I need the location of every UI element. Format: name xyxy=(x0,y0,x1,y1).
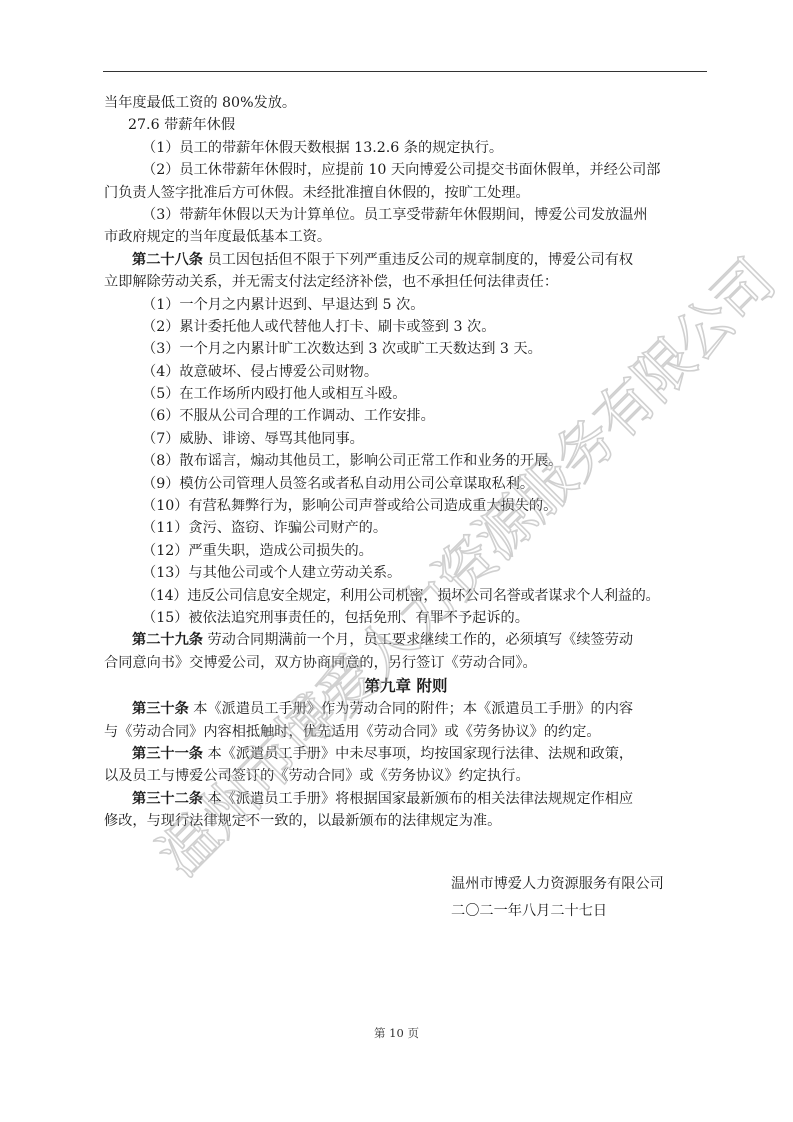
section-item: （3）带薪年休假以天为计算单位。员工享受带薪年休假期间，博爱公司发放温州 xyxy=(104,204,708,226)
list-item: （8）散布谣言，煽动其他员工，影响公司正常工作和业务的开展。 xyxy=(104,450,708,472)
list-item: （7）威胁、诽谤、辱骂其他同事。 xyxy=(104,428,708,450)
article-heading: 第二十八条 xyxy=(132,252,203,268)
list-item: （4）故意破坏、侵占博爱公司财物。 xyxy=(104,361,708,383)
list-item: （6）不服从公司合理的工作调动、工作安排。 xyxy=(104,405,708,427)
article-text: 本《派遣员工手册》将根据国家最新颁布的相关法律法规规定作相应 xyxy=(203,791,633,807)
signature-company: 温州市博爱人力资源服务有限公司 xyxy=(451,872,664,896)
article-text: 本《派遣员工手册》中未尽事项，均按国家现行法律、法规和政策， xyxy=(203,746,633,762)
article-31: 第三十一条 本《派遣员工手册》中未尽事项，均按国家现行法律、法规和政策， xyxy=(104,743,708,765)
list-item: （11）贪污、盗窃、诈骗公司财产的。 xyxy=(104,517,708,539)
list-item: （9）模仿公司管理人员签名或者私自动用公司公章谋取私利。 xyxy=(104,473,708,495)
continued-text: 当年度最低工资的 80%发放。 xyxy=(104,92,708,114)
article-heading: 第三十二条 xyxy=(132,791,203,807)
article-text-cont: 以及员工与博爱公司签订的《劳动合同》或《劳务协议》约定执行。 xyxy=(104,765,708,787)
list-item: （14）违反公司信息安全规定，利用公司机密，损坏公司名誉或者谋求个人利益的。 xyxy=(104,585,708,607)
section-27-6-title: 27.6 带薪年休假 xyxy=(104,114,708,136)
list-item: （2）累计委托他人或代替他人打卡、刷卡或签到 3 次。 xyxy=(104,316,708,338)
document-body: 当年度最低工资的 80%发放。 27.6 带薪年休假 （1）员工的带薪年休假天数… xyxy=(104,92,708,833)
article-text-cont: 合同意向书》交博爱公司，双方协商同意的，另行签订《劳动合同》。 xyxy=(104,652,708,674)
list-item: （3）一个月之内累计旷工次数达到 3 次或旷工天数达到 3 天。 xyxy=(104,338,708,360)
section-item: （1）员工的带薪年休假天数根据 13.2.6 条的规定执行。 xyxy=(104,137,708,159)
article-text: 员工因包括但不限于下列严重违反公司的规章制度的，博爱公司有权 xyxy=(203,252,633,268)
article-heading: 第二十九条 xyxy=(132,632,203,648)
section-item-cont: 市政府规定的当年度最低基本工资。 xyxy=(104,226,708,248)
section-item-cont: 门负责人签字批准后方可休假。未经批准擅自休假的，按旷工处理。 xyxy=(104,182,708,204)
list-item: （13）与其他公司或个人建立劳动关系。 xyxy=(104,562,708,584)
article-29: 第二十九条 劳动合同期满前一个月，员工要求继续工作的，必须填写《续签劳动 xyxy=(104,629,708,651)
list-item: （5）在工作场所内殴打他人或相互斗殴。 xyxy=(104,383,708,405)
article-text-cont: 修改，与现行法律规定不一致的，以最新颁布的法律规定为准。 xyxy=(104,810,708,832)
list-item: （1）一个月之内累计迟到、早退达到 5 次。 xyxy=(104,294,708,316)
article-heading: 第三十条 xyxy=(132,701,189,717)
article-text: 本《派遣员工手册》作为劳动合同的附件；本《派遣员工手册》的内容 xyxy=(189,701,633,717)
section-item: （2）员工休带薪年休假时，应提前 10 天向博爱公司提交书面休假单，并经公司部 xyxy=(104,159,708,181)
list-item: （15）被依法追究刑事责任的，包括免刑、有罪不予起诉的。 xyxy=(104,607,708,629)
article-text-cont: 立即解除劳动关系，并无需支付法定经济补偿，也不承担任何法律责任： xyxy=(104,271,708,293)
page-number: 第 10 页 xyxy=(0,1025,793,1041)
signature-date: 二〇二一年八月二十七日 xyxy=(451,899,607,923)
article-30: 第三十条 本《派遣员工手册》作为劳动合同的附件；本《派遣员工手册》的内容 xyxy=(104,698,708,720)
article-text: 劳动合同期满前一个月，员工要求继续工作的，必须填写《续签劳动 xyxy=(203,632,633,648)
header-rule xyxy=(103,71,707,72)
article-32: 第三十二条 本《派遣员工手册》将根据国家最新颁布的相关法律法规规定作相应 xyxy=(104,788,708,810)
article-28: 第二十八条 员工因包括但不限于下列严重违反公司的规章制度的，博爱公司有权 xyxy=(104,249,708,271)
list-item: （10）有营私舞弊行为，影响公司声誉或给公司造成重大损失的。 xyxy=(104,495,708,517)
chapter-title: 第九章 附则 xyxy=(104,674,708,698)
list-item: （12）严重失职，造成公司损失的。 xyxy=(104,540,708,562)
article-heading: 第三十一条 xyxy=(132,746,203,762)
article-text-cont: 与《劳动合同》内容相抵触时，优先适用《劳动合同》或《劳务协议》的约定。 xyxy=(104,721,708,743)
